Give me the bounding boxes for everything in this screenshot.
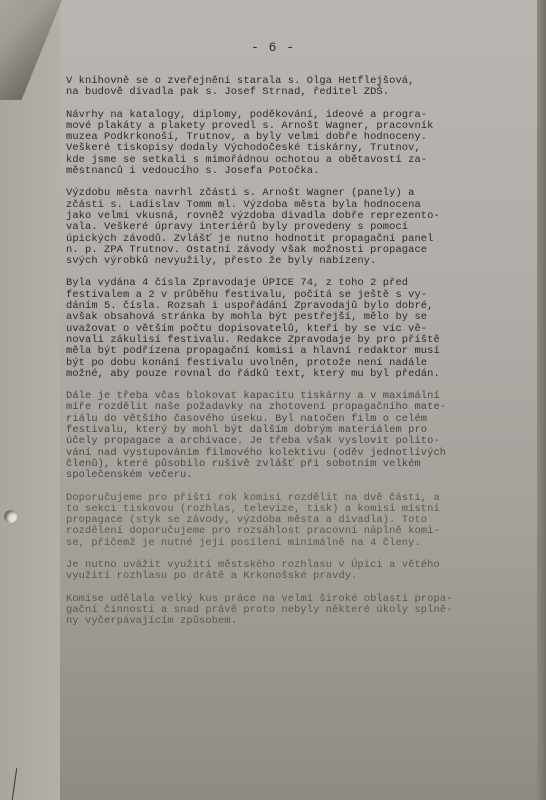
line: účely propagace a archivace. Je třeba vš… [66,435,440,447]
line: uvažovat o větším počtu dopisovatelů, kt… [66,323,427,335]
page-number: - 6 - [0,40,546,55]
paragraph-conclusion: Komise udělala velký kus práce na velmi … [66,594,496,628]
line: muzea Podkrkonoší, Trutnov, a byly velmi… [66,131,427,143]
line: Doporučujeme pro příští rok komisi rozdě… [66,492,440,504]
paragraph-decoration: Výzdobu města navrhl zčásti s. Arnošt Wa… [66,188,496,267]
paragraph-library: V knihovně se o zveřejnění starala s. Ol… [66,76,496,99]
line: společenském večeru. [66,469,193,481]
underlying-sheet [0,0,60,800]
line: vala. Veškeré úpravy interiérů byly prov… [66,221,408,233]
line: svých výrobků nevyužily, přesto že byly … [66,255,376,267]
line: být po dobu konání festivalu uvolněn, pr… [66,357,427,369]
line: mové plakáty a plakety provedl s. Arnošt… [66,120,433,132]
line: na budově divadla pak s. Josef Strnad, ř… [66,86,389,98]
line: využití rozhlasu po drátě a Krkonošské p… [66,570,357,582]
line: možné, aby pouze rovnal do řádků text, k… [66,368,440,380]
line: to sekci tiskovou (rozhlas, televize, ti… [66,503,440,515]
line: městnanců i vedoucího s. Josefa Potočka. [66,165,319,177]
line: propagace (styk se závody, výzdoba města… [66,514,427,526]
line: Veškeré tiskopisy dodaly Východočeské ti… [66,142,421,154]
line: festivalu, který by mohl být dalším dobr… [66,424,427,436]
line: členů), které působilo rušivě zvlášť při… [66,458,421,470]
line: dáním 5. čísla. Rozsah i uspořádání Zpra… [66,300,433,312]
line: kde jsme se setkali s mimořádnou ochotou… [66,154,427,166]
line: novali zákulisí festivalu. Redakce Zprav… [66,334,440,346]
paragraph-newsletter: Byla vydána 4 čísla Zpravodaje ÚPICE 74,… [66,278,496,380]
document-page: - 6 - V knihovně se o zveřejnění starala… [0,0,546,800]
line: míře rozdělit naše požadavky na zhotoven… [66,401,446,413]
typewritten-body: V knihovně se o zveřejnění starala s. Ol… [66,76,496,638]
line: měla být podřízena propagační komisi a h… [66,345,440,357]
line: Je nutno uvážit využití městského rozhla… [66,559,440,571]
line: zčásti s. Ladislav Tomm ml. Výzdoba měst… [66,199,421,211]
line: vání nad vystupováním filmového kolektiv… [66,447,446,459]
line: riálu do většího časového úseku. Byl nat… [66,413,427,425]
line: avšak obsahová stránka by mohla být pest… [66,311,427,323]
paragraph-recommendation: Doporučujeme pro příští rok komisi rozdě… [66,493,496,549]
page-right-edge [537,0,546,800]
line: úpických závodů. Zvlášť je nutno hodnoti… [66,233,433,245]
line: Návrhy na katalogy, diplomy, poděkování,… [66,109,427,121]
line: ny vyčerpávajícím způsobem. [66,615,237,627]
paragraph-printing-film: Dále je třeba včas blokovat kapacitu tis… [66,391,496,481]
paragraph-radio: Je nutno uvážit využití městského rozhla… [66,560,496,583]
paragraph-designs: Návrhy na katalogy, diplomy, poděkování,… [66,110,496,178]
line: Dále je třeba včas blokovat kapacitu tis… [66,390,440,402]
line: rozdělení doporučujeme pro rozsáhlost pr… [66,525,440,537]
line: Byla vydána 4 čísla Zpravodaje ÚPICE 74,… [66,277,408,289]
line: festivalem a 2 v průběhu festivalu, počí… [66,289,427,301]
line: se, přičemž je nutné její posílení minim… [66,537,421,549]
punch-hole-icon [4,510,17,523]
line: Komise udělala velký kus práce na velmi … [66,593,452,605]
line: Výzdobu města navrhl zčásti s. Arnošt Wa… [66,187,414,199]
